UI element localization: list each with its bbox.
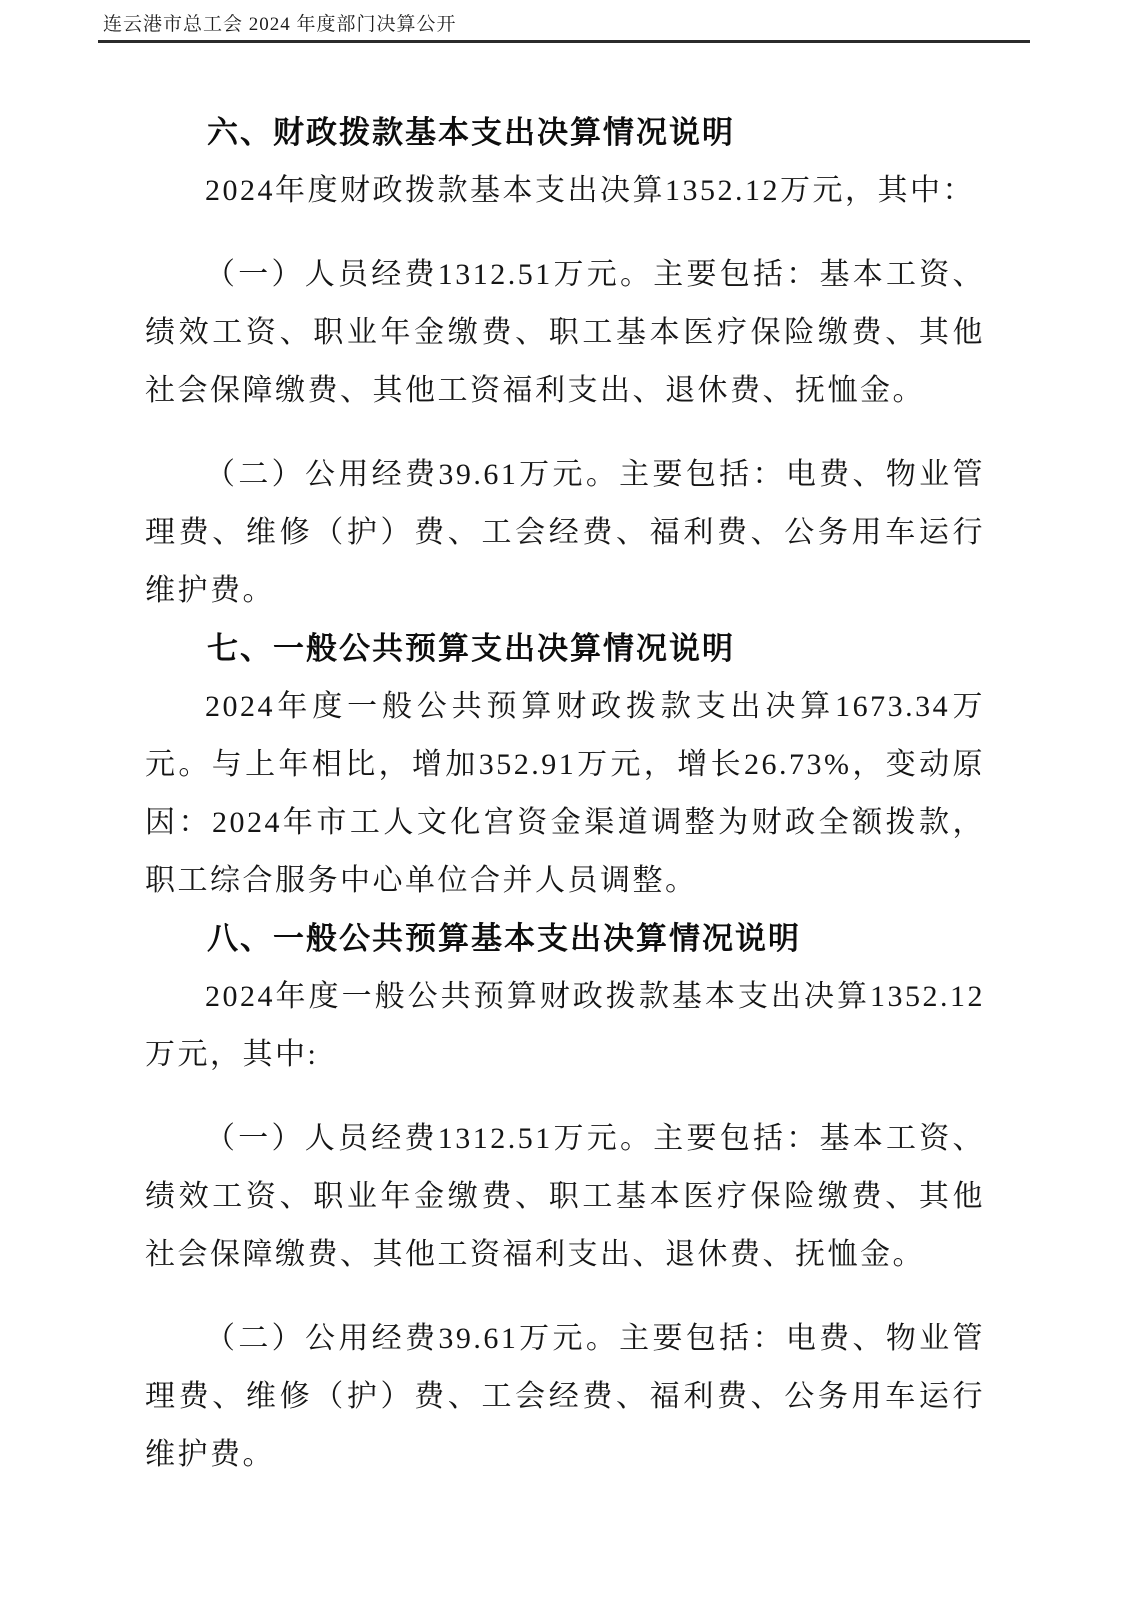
page-header: 连云港市总工会 2024 年度部门决算公开 [98, 12, 1030, 43]
body-paragraph: （一）人员经费1312.51万元。主要包括：基本工资、绩效工资、职业年金缴费、职… [145, 246, 985, 420]
body-paragraph: （二）公用经费39.61万元。主要包括：电费、物业管理费、维修（护）费、工会经费… [145, 446, 985, 620]
body-paragraph: （二）公用经费39.61万元。主要包括：电费、物业管理费、维修（护）费、工会经费… [145, 1310, 985, 1484]
document-section: 六、财政拨款基本支出决算情况说明 2024年度财政拨款基本支出决算1352.12… [145, 104, 985, 620]
body-paragraph: 2024年度一般公共预算财政拨款基本支出决算1352.12万元，其中: [145, 968, 985, 1084]
body-paragraph: 2024年度一般公共预算财政拨款支出决算1673.34万元。与上年相比，增加35… [145, 678, 985, 910]
section-heading: 六、财政拨款基本支出决算情况说明 [145, 104, 985, 162]
document-page: 连云港市总工会 2024 年度部门决算公开 六、财政拨款基本支出决算情况说明 2… [0, 0, 1131, 1600]
body-paragraph: （一）人员经费1312.51万元。主要包括：基本工资、绩效工资、职业年金缴费、职… [145, 1110, 985, 1284]
document-header-title: 连云港市总工会 2024 年度部门决算公开 [98, 12, 1030, 38]
document-body: 六、财政拨款基本支出决算情况说明 2024年度财政拨款基本支出决算1352.12… [145, 104, 985, 1484]
document-section: 七、一般公共预算支出决算情况说明 2024年度一般公共预算财政拨款支出决算167… [145, 620, 985, 910]
section-heading: 八、一般公共预算基本支出决算情况说明 [145, 910, 985, 968]
document-section: 八、一般公共预算基本支出决算情况说明 2024年度一般公共预算财政拨款基本支出决… [145, 910, 985, 1484]
section-heading: 七、一般公共预算支出决算情况说明 [145, 620, 985, 678]
header-divider [98, 40, 1030, 43]
body-paragraph: 2024年度财政拨款基本支出决算1352.12万元，其中： [145, 162, 985, 220]
